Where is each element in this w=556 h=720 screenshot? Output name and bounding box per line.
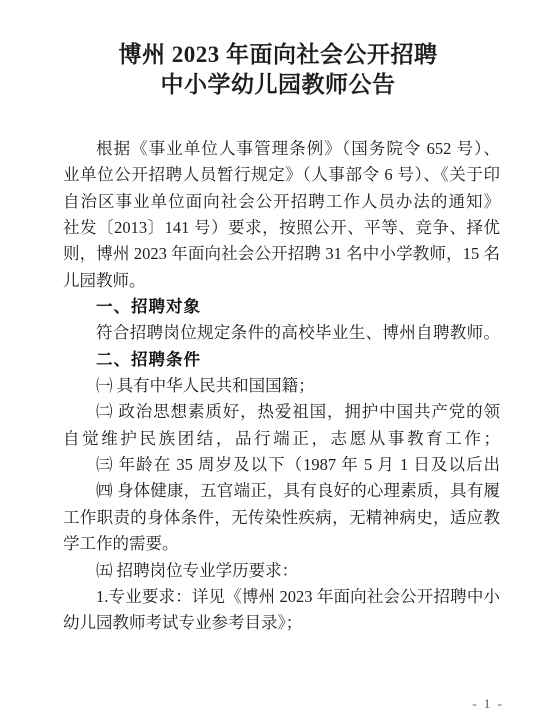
document-title-line-1: 博州 2023 年面向社会公开招聘 xyxy=(0,40,556,70)
condition-1: ㈠ 具有中华人民共和国国籍； xyxy=(63,373,500,399)
condition-2-line-2: 自觉维护民族团结，品行端正，志愿从事教育工作； xyxy=(63,426,500,452)
intro-line-5: 则，博州 2023 年面向社会公开招聘 31 名中小学教师，15 名幼 xyxy=(63,241,500,267)
condition-4-line-3: 学工作的需要。 xyxy=(63,531,500,557)
section-2-heading: 二、招聘条件 xyxy=(63,347,500,373)
condition-3: ㈢ 年龄在 35 周岁及以下（1987 年 5 月 1 日及以后出生）； xyxy=(63,452,500,478)
condition-5-item-1-line-2: 幼儿园教师考试专业参考目录》； xyxy=(63,610,500,636)
condition-4-line-2: 工作职责的身体条件，无传染性疾病，无精神病史，适应教育教 xyxy=(63,505,500,531)
page-number: - 1 - xyxy=(472,696,504,712)
condition-5-item-1-line-1: 1.专业要求：详见《博州 2023 年面向社会公开招聘中小学 xyxy=(63,584,500,610)
document-page: 博州 2023 年面向社会公开招聘 中小学幼儿园教师公告 根据《事业单位人事管理… xyxy=(0,0,556,720)
condition-5: ㈤ 招聘岗位专业学历要求： xyxy=(63,558,500,584)
condition-2-line-1: ㈡ 政治思想素质好，热爱祖国，拥护中国共产党的领导， xyxy=(63,399,500,425)
section-1-heading: 一、招聘对象 xyxy=(63,294,500,320)
section-1-body: 符合招聘岗位规定条件的高校毕业生、博州自聘教师。 xyxy=(63,320,500,346)
intro-line-1: 根据《事业单位人事管理条例》（国务院令 652 号）、《事 xyxy=(63,136,500,162)
document-title: 博州 2023 年面向社会公开招聘 中小学幼儿园教师公告 xyxy=(0,40,556,100)
intro-line-4: 社发〔2013〕141 号）要求，按照公开、平等、竞争、择优的原 xyxy=(63,215,500,241)
intro-line-2: 业单位公开招聘人员暂行规定》（人事部令 6 号）、《关于印发 xyxy=(63,162,500,188)
document-body: 根据《事业单位人事管理条例》（国务院令 652 号）、《事 业单位公开招聘人员暂… xyxy=(63,136,500,637)
intro-line-6: 儿园教师。 xyxy=(63,268,500,294)
document-title-line-2: 中小学幼儿园教师公告 xyxy=(0,70,556,100)
intro-line-3: 自治区事业单位面向社会公开招聘工作人员办法的通知》（新人 xyxy=(63,189,500,215)
condition-4-line-1: ㈣ 身体健康，五官端正，具有良好的心理素质，具有履行 xyxy=(63,478,500,504)
